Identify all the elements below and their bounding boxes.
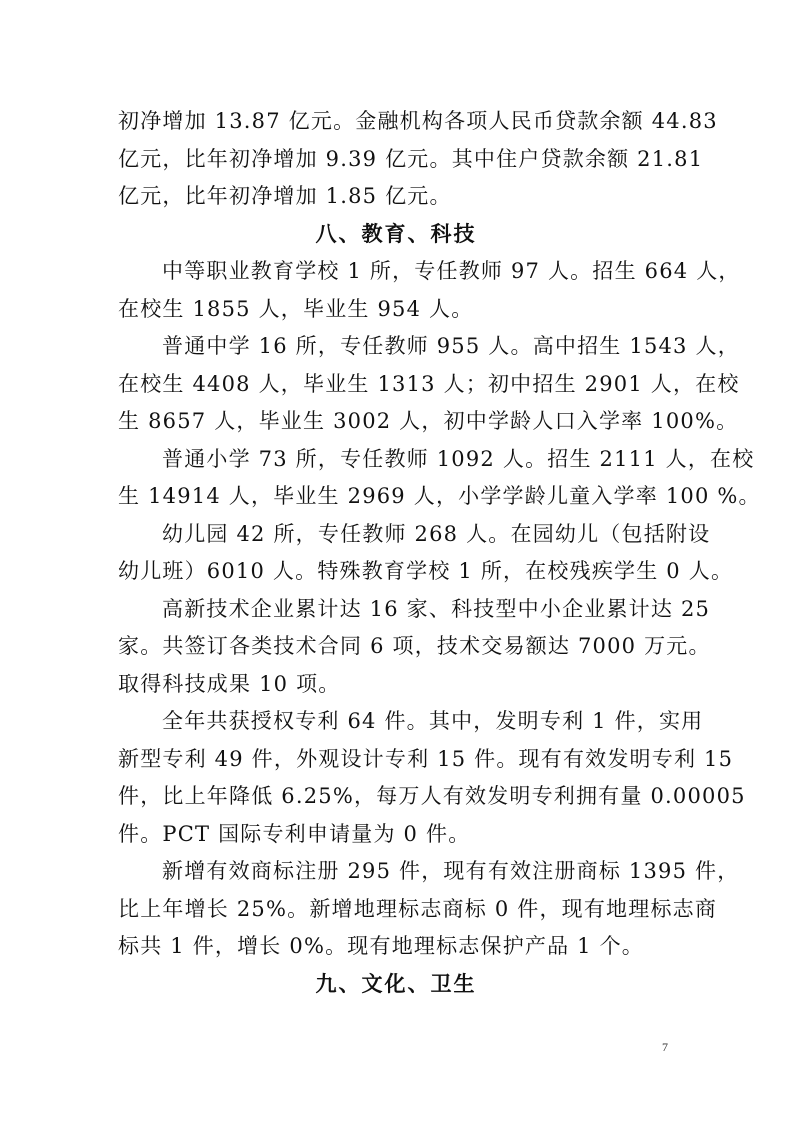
text-line: 新增有效商标注册 295 件，现有有效注册商标 1395 件， — [118, 853, 674, 891]
paragraph-vocational-schools: 中等职业教育学校 1 所，专任教师 97 人。招生 664 人， 在校生 185… — [118, 253, 674, 328]
page-number: 7 — [662, 1040, 668, 1055]
text-line: 标共 1 件，增长 0%。现有地理标志保护产品 1 个。 — [118, 928, 674, 966]
document-page: 初净增加 13.87 亿元。金融机构各项人民币贷款余额 44.83 亿元，比年初… — [0, 0, 793, 1122]
text-line: 高新技术企业累计达 16 家、科技型中小企业累计达 25 — [118, 591, 674, 629]
text-line: 普通中学 16 所，专任教师 955 人。高中招生 1543 人， — [118, 328, 674, 366]
text-line: 全年共获授权专利 64 件。其中，发明专利 1 件，实用 — [118, 703, 674, 741]
text-line: 初净增加 13.87 亿元。金融机构各项人民币贷款余额 44.83 — [118, 103, 674, 141]
paragraph-trademarks: 新增有效商标注册 295 件，现有有效注册商标 1395 件， 比上年增长 25… — [118, 853, 674, 966]
section-heading-education-technology: 八、教育、科技 — [118, 216, 674, 254]
text-line: 生 14914 人，毕业生 2969 人，小学学龄儿童入学率 100 %。 — [118, 478, 674, 516]
text-line: 亿元，比年初净增加 1.85 亿元。 — [118, 178, 674, 216]
paragraph-primary-schools: 普通小学 73 所，专任教师 1092 人。招生 2111 人，在校 生 149… — [118, 441, 674, 516]
paragraph-kindergartens: 幼儿园 42 所，专任教师 268 人。在园幼儿（包括附设 幼儿班）6010 人… — [118, 516, 674, 591]
text-line: 件。PCT 国际专利申请量为 0 件。 — [118, 816, 674, 854]
text-line: 比上年增长 25%。新增地理标志商标 0 件，现有地理标志商 — [118, 891, 674, 929]
text-line: 生 8657 人，毕业生 3002 人，初中学龄人口入学率 100%。 — [118, 403, 674, 441]
paragraph-high-tech-enterprises: 高新技术企业累计达 16 家、科技型中小企业累计达 25 家。共签订各类技术合同… — [118, 591, 674, 704]
text-line: 幼儿园 42 所，专任教师 268 人。在园幼儿（包括附设 — [118, 516, 674, 554]
text-line: 幼儿班）6010 人。特殊教育学校 1 所，在校残疾学生 0 人。 — [118, 553, 674, 591]
section-heading-culture-health: 九、文化、卫生 — [118, 966, 674, 1004]
text-line: 件，比上年降低 6.25%，每万人有效发明专利拥有量 0.00005 — [118, 778, 674, 816]
text-line: 新型专利 49 件，外观设计专利 15 件。现有有效发明专利 15 — [118, 741, 674, 779]
paragraph-middle-schools: 普通中学 16 所，专任教师 955 人。高中招生 1543 人， 在校生 44… — [118, 328, 674, 441]
text-line: 取得科技成果 10 项。 — [118, 666, 674, 704]
paragraph-finance-continued: 初净增加 13.87 亿元。金融机构各项人民币贷款余额 44.83 亿元，比年初… — [118, 103, 674, 216]
text-line: 亿元，比年初净增加 9.39 亿元。其中住户贷款余额 21.81 — [118, 141, 674, 179]
text-line: 中等职业教育学校 1 所，专任教师 97 人。招生 664 人， — [118, 253, 674, 291]
text-line: 在校生 4408 人，毕业生 1313 人；初中招生 2901 人，在校 — [118, 366, 674, 404]
text-line: 在校生 1855 人，毕业生 954 人。 — [118, 291, 674, 329]
document-body: 初净增加 13.87 亿元。金融机构各项人民币贷款余额 44.83 亿元，比年初… — [118, 103, 674, 1003]
text-line: 普通小学 73 所，专任教师 1092 人。招生 2111 人，在校 — [118, 441, 674, 479]
text-line: 家。共签订各类技术合同 6 项，技术交易额达 7000 万元。 — [118, 628, 674, 666]
paragraph-patents: 全年共获授权专利 64 件。其中，发明专利 1 件，实用 新型专利 49 件，外… — [118, 703, 674, 853]
